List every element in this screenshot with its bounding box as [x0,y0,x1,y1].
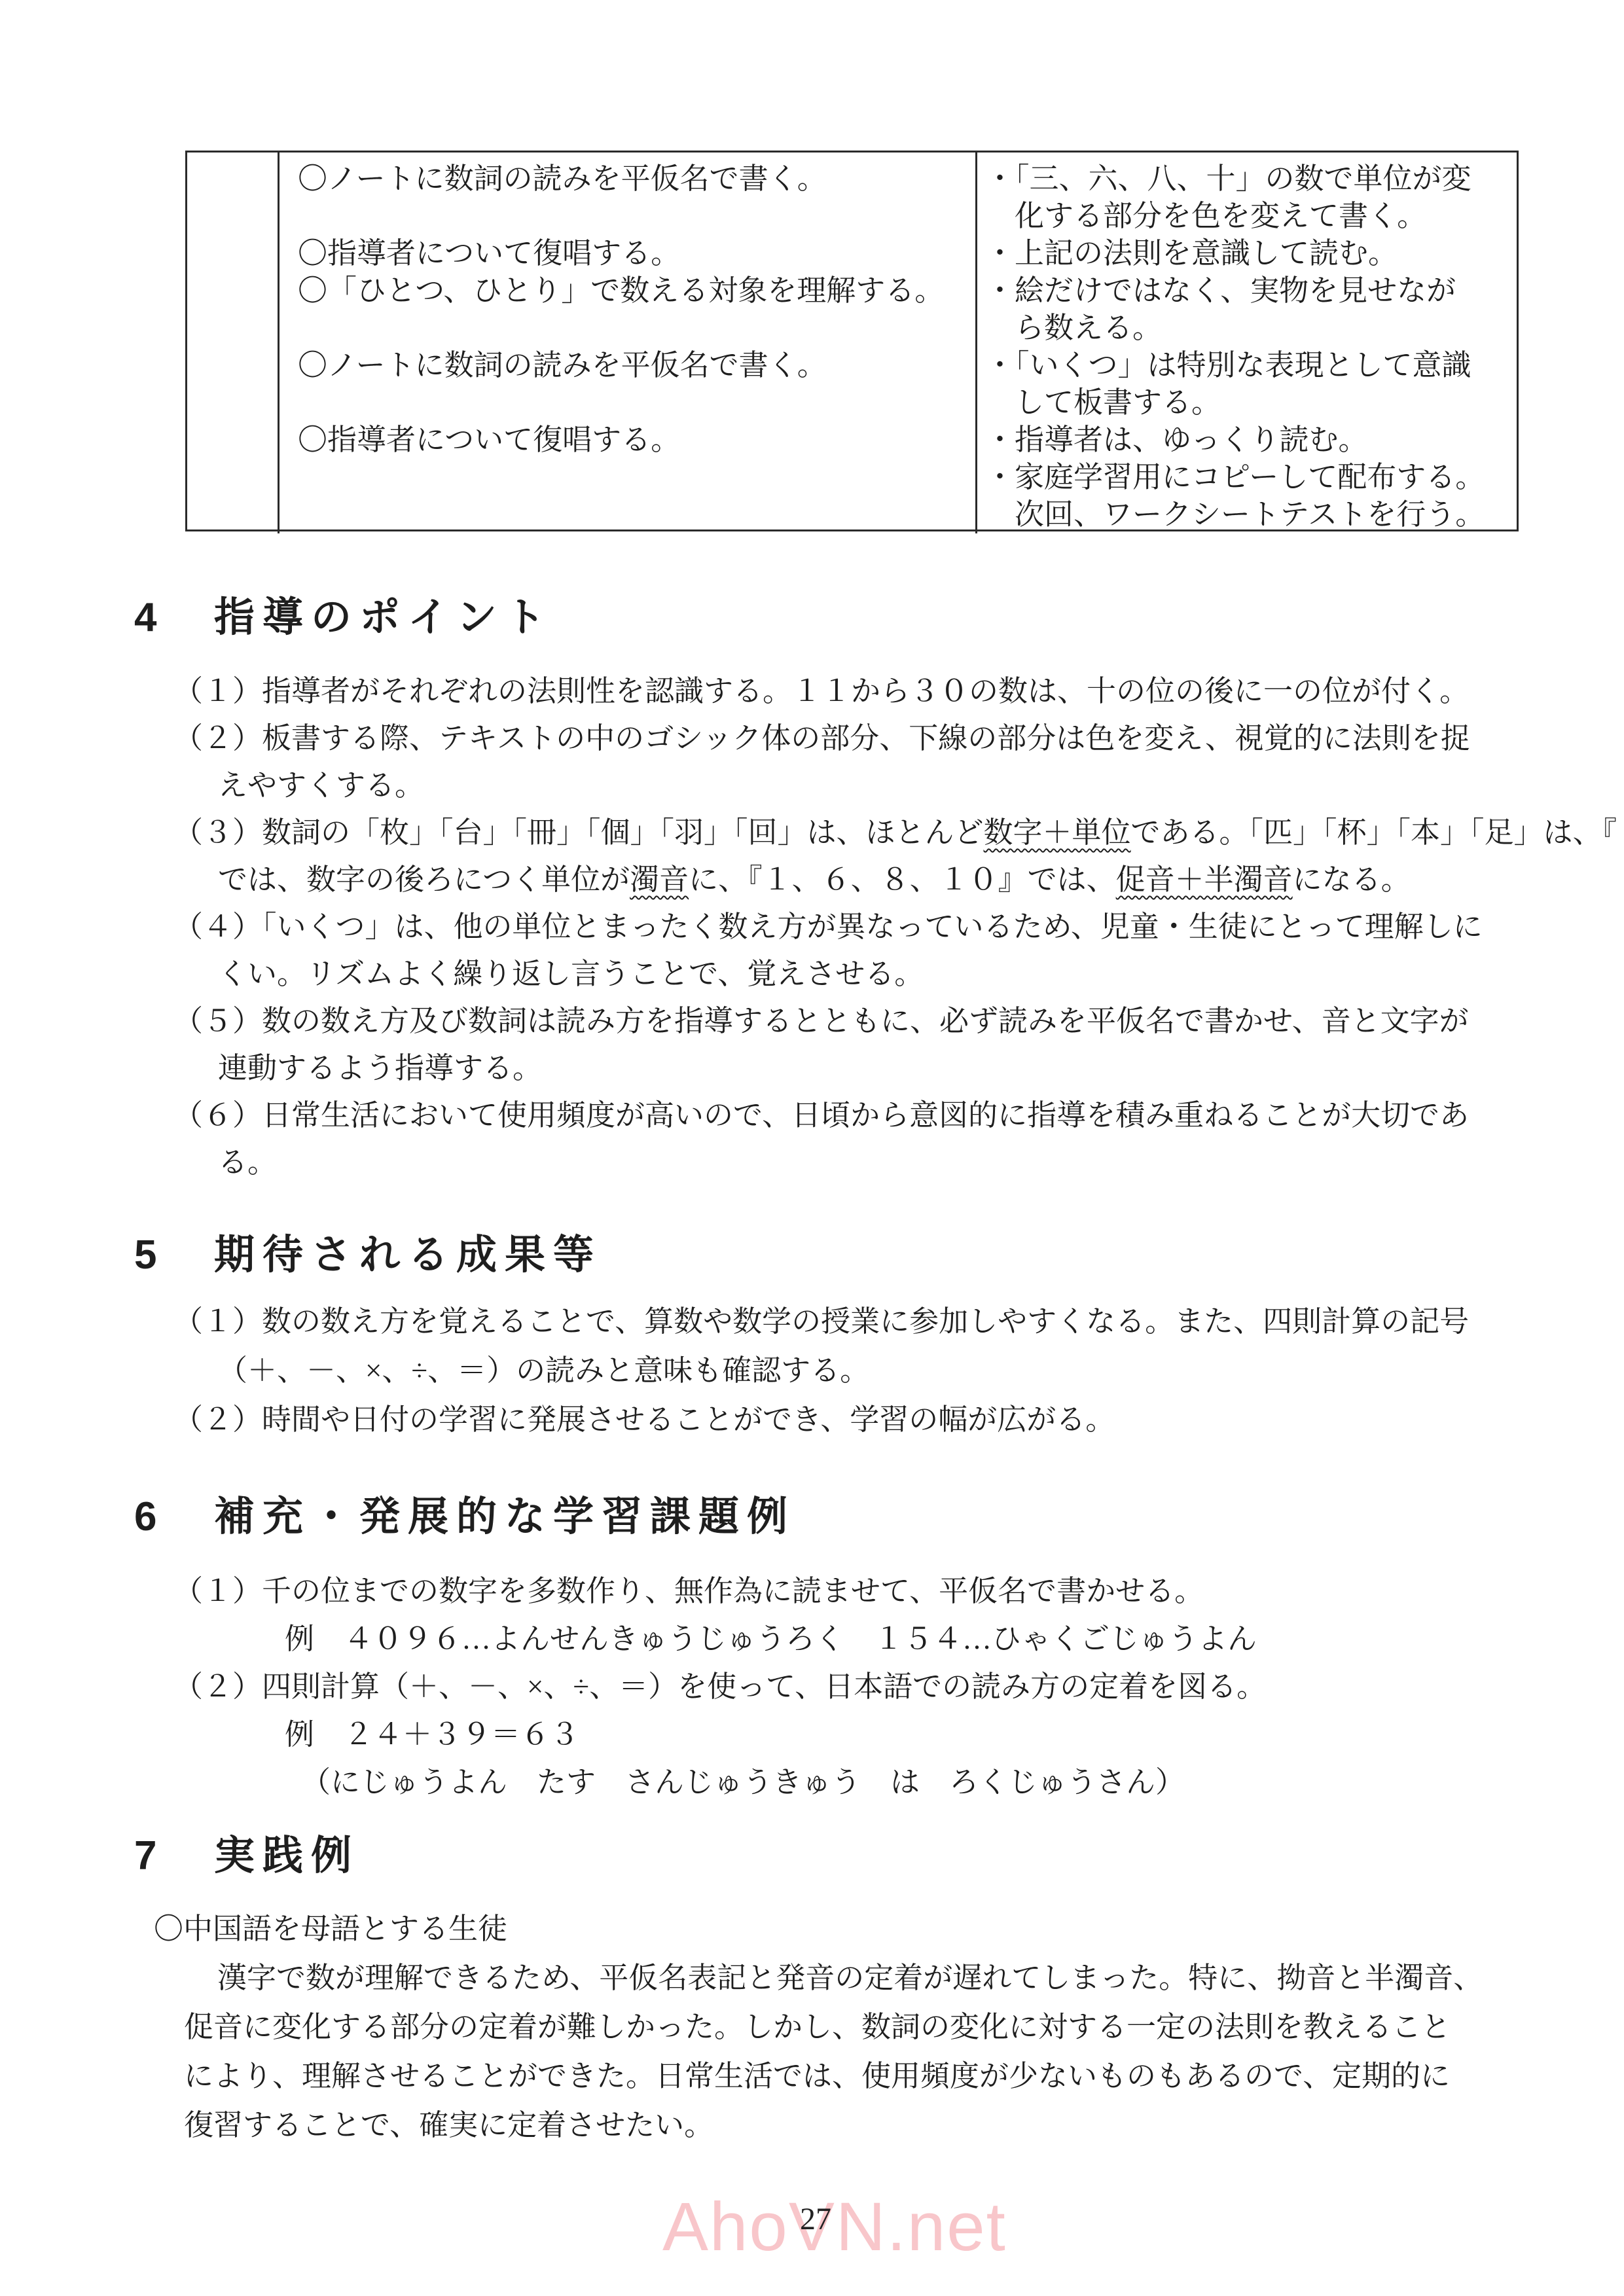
note-line: して板書する。 [1015,384,1517,422]
underlined-term: 促音＋半濁音 [1116,863,1293,896]
practice-case-title: 〇中国語を母語とする生徒 [154,1905,1483,1954]
note-line: ・「三、六、八、十」の数で単位が変 [985,160,1517,198]
point-text: （３）数詞の「枚」「台」「冊」「個」「羽」「回」は、ほとんど [173,816,984,849]
point-line: くい。リズムよく繰り返し言うことで、覚えさせる。 [218,950,1624,997]
practice-paragraph-line: 復習することで、確実に定着させたい。 [184,2101,1483,2150]
point-line: （１）指導者がそれぞれの法則性を認識する。１１から３０の数は、十の位の後に一の位… [173,668,1624,715]
point-line: （５）数の数え方及び数詞は読み方を指導するとともに、必ず読みを平仮名で書かせ、音… [173,997,1624,1045]
example-reading-line: （にじゅうよん たす さんじゅうきゅう は ろくじゅうさん） [301,1759,1266,1806]
point-text: になる。 [1293,863,1411,896]
note-line: ・絵だけではなく、実物を見せなが [985,272,1517,310]
rowlabel-text [187,152,278,190]
section-5-heading: 5期待される成果等 [134,1232,602,1279]
note-line: ・上記の法則を意識して読む。 [985,235,1517,272]
section-5-number: 5 [134,1232,173,1279]
page-number: 27 [800,2203,831,2236]
practice-paragraph-line: 促音に変化する部分の定着が難しかった。しかし、数詞の変化に対する一定の法則を教え… [184,2003,1483,2052]
activity-line-blank [298,384,975,422]
point-line: 連動するよう指導する。 [218,1045,1624,1092]
note-line: 化する部分を色を変えて書く。 [1015,198,1517,235]
section-7-heading: 7実践例 [134,1833,359,1880]
underlined-term: 濁音 [630,863,689,896]
point-text: である。「匹」「杯」「本」「足」は、『３』 [1131,816,1624,849]
note-line: ・指導者は、ゆっくり読む。 [985,422,1517,459]
task-line: （２）四則計算（＋、－、×、÷、＝）を使って、日本語での読み方の定着を図る。 [173,1663,1266,1711]
section-6-number: 6 [134,1494,173,1541]
activity-line: 〇指導者について復唱する。 [298,235,975,272]
section-5-body: （１）数の数え方を覚えることで、算数や数学の授業に参加しやすくなる。また、四則計… [173,1297,1469,1444]
point-line: えやすくする。 [218,762,1624,809]
section-4-number: 4 [134,594,173,641]
task-line: （１）千の位までの数字を多数作り、無作為に読ませて、平仮名で書かせる。 [173,1568,1266,1615]
point-line: （４）「いくつ」は、他の単位とまったく数え方が異なっているため、児童・生徒にとっ… [173,903,1624,950]
section-6-heading: 6補充・発展的な学習課題例 [134,1494,795,1541]
lesson-plan-table: 〇ノートに数詞の読みを平仮名で書く。 〇指導者について復唱する。 〇「ひとつ、ひ… [185,151,1519,531]
activity-line: 〇ノートに数詞の読みを平仮名で書く。 [298,160,975,198]
activity-line-blank [298,198,975,235]
activity-line-blank [298,310,975,347]
table-activities-cell: 〇ノートに数詞の読みを平仮名で書く。 〇指導者について復唱する。 〇「ひとつ、ひ… [280,152,977,533]
document-page: 〇ノートに数詞の読みを平仮名で書く。 〇指導者について復唱する。 〇「ひとつ、ひ… [0,0,1624,2296]
activity-line: 〇「ひとつ、ひとり」で数える対象を理解する。 [298,272,975,310]
section-4-heading: 4指導のポイント [134,594,553,641]
practice-paragraph-line: により、理解させることができた。日常生活では、使用頻度が少ないものもあるので、定… [184,2052,1483,2101]
note-line: ・家庭学習用にコピーして配布する。 [985,459,1517,496]
point-line: （３）数詞の「枚」「台」「冊」「個」「羽」「回」は、ほとんど数字＋単位である。「… [173,809,1624,856]
result-line: （１）数の数え方を覚えることで、算数や数学の授業に参加しやすくなる。また、四則計… [173,1297,1469,1346]
section-6-body: （１）千の位までの数字を多数作り、無作為に読ませて、平仮名で書かせる。 例 ４０… [173,1568,1266,1806]
section-7-number: 7 [134,1833,173,1880]
point-line: では、数字の後ろにつく単位が濁音に、『１、６、８、１０』では、促音＋半濁音になる… [218,856,1624,903]
example-line: 例 ２４＋３９＝６３ [285,1711,1266,1759]
point-text: では、数字の後ろにつく単位が [218,863,630,896]
section-4-body: （１）指導者がそれぞれの法則性を認識する。１１から３０の数は、十の位の後に一の位… [173,668,1624,1186]
underlined-term: 数字＋単位 [984,816,1131,849]
point-text: に、『１、６、８、１０』では、 [689,863,1116,896]
note-line: 次回、ワークシートテストを行う。 [1015,496,1517,533]
result-line: （２）時間や日付の学習に発展させることができ、学習の幅が広がる。 [173,1395,1469,1444]
section-7-body: 〇中国語を母語とする生徒 漢字で数が理解できるため、平仮名表記と発音の定着が遅れ… [154,1905,1483,2150]
activity-line: 〇ノートに数詞の読みを平仮名で書く。 [298,347,975,384]
point-line: （６）日常生活において使用頻度が高いので、日頃から意図的に指導を積み重ねることが… [173,1092,1624,1139]
note-line: ・「いくつ」は特別な表現として意識 [985,347,1517,384]
example-line: 例 ４０９６…よんせんきゅうじゅうろく １５４…ひゃくごじゅうよん [285,1615,1266,1663]
point-line: る。 [218,1139,1624,1186]
point-line: （２）板書する際、テキストの中のゴシック体の部分、下線の部分は色を変え、視覚的に… [173,715,1624,762]
table-rowlabel-cell [187,152,280,533]
section-7-title: 実践例 [214,1833,359,1878]
table-notes-cell: ・「三、六、八、十」の数で単位が変 化する部分を色を変えて書く。 ・上記の法則を… [977,152,1517,533]
section-6-title: 補充・発展的な学習課題例 [214,1494,795,1539]
activity-line: 〇指導者について復唱する。 [298,422,975,459]
section-4-title: 指導のポイント [214,595,553,640]
site-watermark: AhoVN.net [662,2193,1007,2261]
practice-paragraph-line: 漢字で数が理解できるため、平仮名表記と発音の定着が遅れてしまった。特に、拗音と半… [217,1954,1483,2003]
section-5-title: 期待される成果等 [214,1232,602,1278]
result-line: （＋、－、×、÷、＝）の読みと意味も確認する。 [218,1346,1469,1395]
note-line: ら数える。 [1015,310,1517,347]
